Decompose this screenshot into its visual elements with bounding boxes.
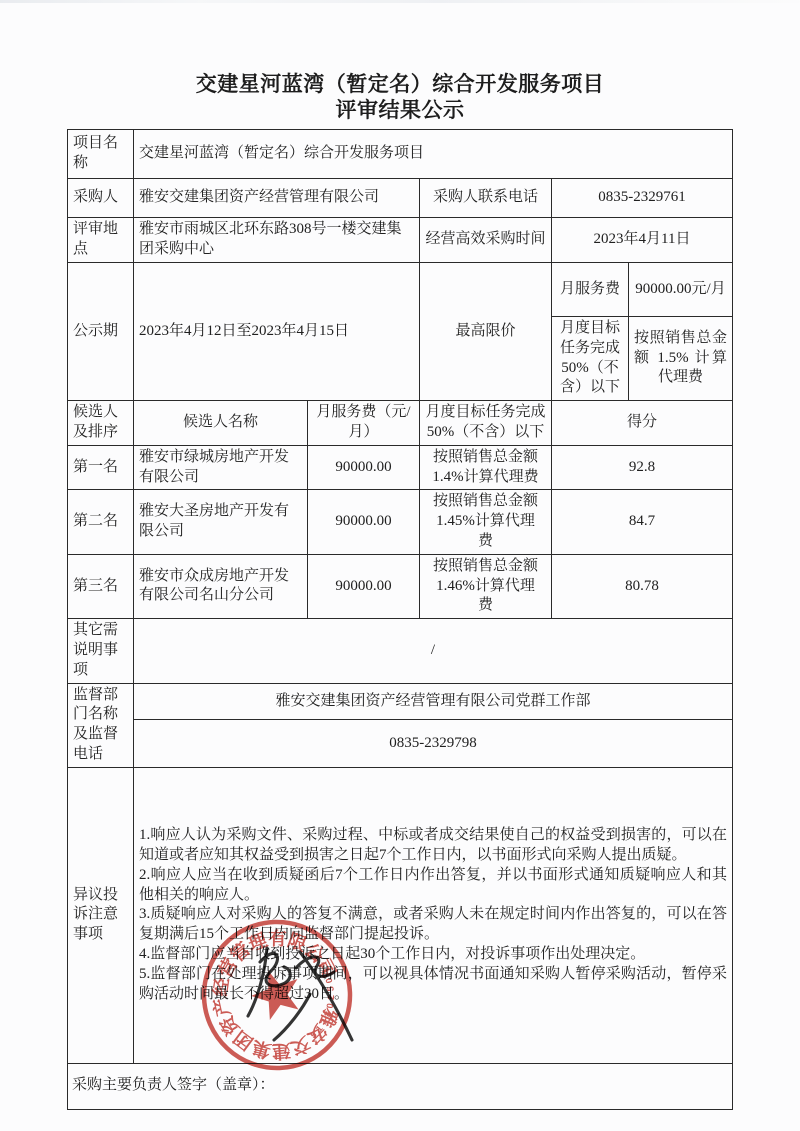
col-header-score: 得分 bbox=[552, 401, 733, 446]
col-header-name: 候选人名称 bbox=[134, 401, 308, 446]
row-supervision-2: 0835-2329798 bbox=[68, 720, 733, 767]
complaint-label: 异议投诉注意事项 bbox=[68, 767, 134, 1063]
announcement-table: 项目名称 交建星河蓝湾（暂定名）综合开发服务项目 采购人 雅安交建集团资产经营管… bbox=[67, 129, 733, 1110]
purchaser-phone-label: 采购人联系电话 bbox=[420, 179, 552, 218]
candidate-2-rank: 第二名 bbox=[68, 490, 134, 554]
supervision-phone: 0835-2329798 bbox=[134, 720, 733, 767]
candidate-row-1: 第一名 雅安市绿城房地产开发有限公司 90000.00 按照销售总金额1.4%计… bbox=[68, 445, 733, 490]
row-purchaser: 采购人 雅安交建集团资产经营管理有限公司 采购人联系电话 0835-232976… bbox=[68, 179, 733, 218]
project-name-value: 交建星河蓝湾（暂定名）综合开发服务项目 bbox=[134, 130, 733, 179]
purchase-time-label: 经营高效采购时间 bbox=[420, 218, 552, 263]
complaint-content: 1.响应人认为采购文件、采购过程、中标或者成交结果使自己的权益受到损害的，可以在… bbox=[134, 767, 733, 1063]
complaint-item-4: 4.监督部门应当自收到投诉之日起30个工作日内，对投诉事项作出处理决定。 bbox=[139, 945, 727, 965]
row-other-notes: 其它需说明事项 / bbox=[68, 619, 733, 683]
review-location-value: 雅安市雨城区北环东路308号一楼交建集团采购中心 bbox=[134, 218, 420, 263]
supervision-label: 监督部门名称及监督电话 bbox=[68, 683, 134, 767]
publicity-period-label: 公示期 bbox=[68, 263, 134, 401]
supervision-department: 雅安交建集团资产经营管理有限公司党群工作部 bbox=[134, 683, 733, 720]
other-notes-value: / bbox=[134, 619, 733, 683]
signature-label: 采购主要负责人签字（盖章）： bbox=[68, 1063, 733, 1109]
col-header-fee: 月服务费（元/月） bbox=[308, 401, 420, 446]
publicity-period-value: 2023年4月12日至2023年4月15日 bbox=[134, 263, 420, 401]
candidate-3-score: 80.78 bbox=[552, 554, 733, 618]
document-title: 交建星河蓝湾（暂定名）综合开发服务项目 评审结果公示 bbox=[0, 0, 800, 123]
row-publicity-maxprice-1: 公示期 2023年4月12日至2023年4月15日 最高限价 月服务费 9000… bbox=[68, 263, 733, 317]
complaint-item-5: 5.监督部门在处理投诉事项期间，可以视具体情况书面通知采购人暂停采购活动，暂停采… bbox=[139, 965, 727, 1005]
candidate-2-name: 雅安大圣房地产开发有限公司 bbox=[134, 490, 308, 554]
candidate-1-rank: 第一名 bbox=[68, 445, 134, 490]
row-supervision-1: 监督部门名称及监督电话 雅安交建集团资产经营管理有限公司党群工作部 bbox=[68, 683, 733, 720]
row-signature: 采购主要负责人签字（盖章）： bbox=[68, 1063, 733, 1109]
title-line-1: 交建星河蓝湾（暂定名）综合开发服务项目 bbox=[0, 72, 800, 97]
candidate-row-3: 第三名 雅安市众成房地产开发有限公司名山分公司 90000.00 按照销售总金额… bbox=[68, 554, 733, 618]
other-notes-label: 其它需说明事项 bbox=[68, 619, 134, 683]
scan-edge-artifact bbox=[0, 0, 800, 3]
col-header-rank: 候选人及排序 bbox=[68, 401, 134, 446]
complaint-item-3: 3.质疑响应人对采购人的答复不满意，或者采购人未在规定时间内作出答复的，可以在答… bbox=[139, 905, 727, 945]
max-price-label: 最高限价 bbox=[420, 263, 552, 401]
candidate-3-target: 按照销售总金额1.46%计算代理费 bbox=[420, 554, 552, 618]
candidate-2-fee: 90000.00 bbox=[308, 490, 420, 554]
complaint-item-2: 2.响应人应当在收到质疑函后7个工作日内作出答复，并以书面形式通知质疑响应人和其… bbox=[139, 866, 727, 906]
complaint-item-1: 1.响应人认为采购文件、采购过程、中标或者成交结果使自己的权益受到损害的，可以在… bbox=[139, 826, 727, 866]
row-complaint: 异议投诉注意事项 1.响应人认为采购文件、采购过程、中标或者成交结果使自己的权益… bbox=[68, 767, 733, 1063]
purchaser-phone-value: 0835-2329761 bbox=[552, 179, 733, 218]
row-project-name: 项目名称 交建星河蓝湾（暂定名）综合开发服务项目 bbox=[68, 130, 733, 179]
scanned-announcement-page: 交建星河蓝湾（暂定名）综合开发服务项目 评审结果公示 项目名称 交建星河蓝湾（暂… bbox=[0, 0, 800, 1131]
candidate-3-rank: 第三名 bbox=[68, 554, 134, 618]
target-value: 按照销售总金额 1.5% 计算代理费 bbox=[629, 317, 733, 401]
candidate-1-name: 雅安市绿城房地产开发有限公司 bbox=[134, 445, 308, 490]
candidate-1-fee: 90000.00 bbox=[308, 445, 420, 490]
row-candidates-header: 候选人及排序 候选人名称 月服务费（元/月） 月度目标任务完成50%（不含）以下… bbox=[68, 401, 733, 446]
purchaser-label: 采购人 bbox=[68, 179, 134, 218]
candidate-3-name: 雅安市众成房地产开发有限公司名山分公司 bbox=[134, 554, 308, 618]
candidate-row-2: 第二名 雅安大圣房地产开发有限公司 90000.00 按照销售总金额1.45%计… bbox=[68, 490, 733, 554]
review-location-label: 评审地点 bbox=[68, 218, 134, 263]
purchaser-value: 雅安交建集团资产经营管理有限公司 bbox=[134, 179, 420, 218]
title-line-2: 评审结果公示 bbox=[0, 98, 800, 123]
purchase-time-value: 2023年4月11日 bbox=[552, 218, 733, 263]
col-header-target: 月度目标任务完成50%（不含）以下 bbox=[420, 401, 552, 446]
row-review-location: 评审地点 雅安市雨城区北环东路308号一楼交建集团采购中心 经营高效采购时间 2… bbox=[68, 218, 733, 263]
monthly-fee-value: 90000.00元/月 bbox=[629, 263, 733, 317]
monthly-fee-label: 月服务费 bbox=[552, 263, 629, 317]
project-name-label: 项目名称 bbox=[68, 130, 134, 179]
candidate-2-score: 84.7 bbox=[552, 490, 733, 554]
target-label: 月度目标任务完成50%（不含）以下 bbox=[552, 317, 629, 401]
candidate-1-score: 92.8 bbox=[552, 445, 733, 490]
candidate-3-fee: 90000.00 bbox=[308, 554, 420, 618]
candidate-2-target: 按照销售总金额1.45%计算代理费 bbox=[420, 490, 552, 554]
candidate-1-target: 按照销售总金额1.4%计算代理费 bbox=[420, 445, 552, 490]
